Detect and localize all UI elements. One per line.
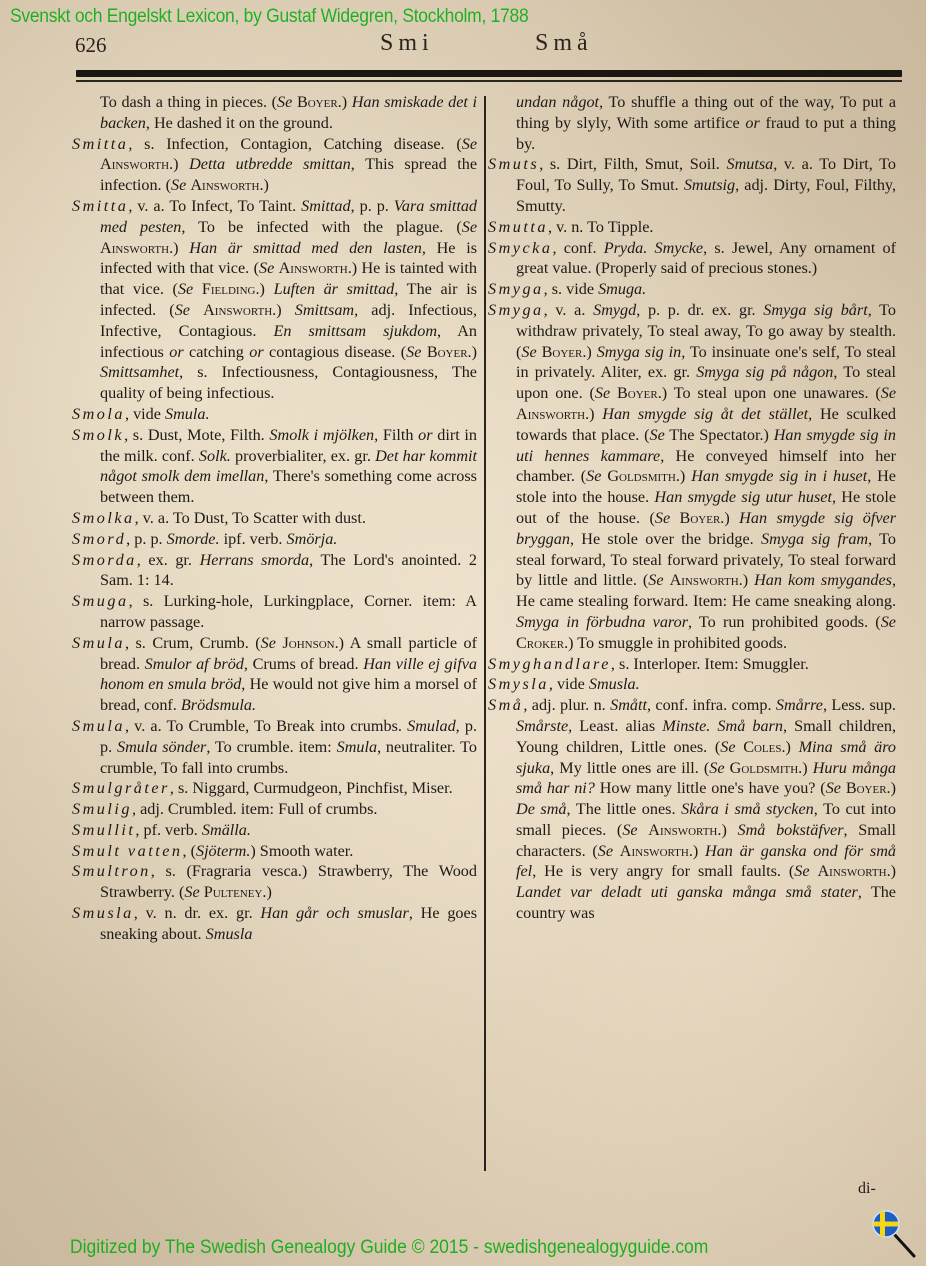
entry-text: Pulteney. [204, 883, 267, 901]
entry-text: , He is very angry for small faults. ( [532, 862, 794, 880]
entry-text: Smula [337, 738, 377, 756]
entry-text: How many little one's have you? ( [595, 779, 826, 797]
dictionary-entry: Smyghandlare, s. Interloper. Item: Smugg… [488, 654, 896, 675]
dictionary-entry: Smysla, vide Smusla. [488, 674, 896, 695]
headword: Smyghandlare [488, 655, 611, 673]
entry-text: , s. Dirt, Filth, Smut, Soil. [539, 155, 726, 173]
entry-text: , s. (Fragraria vesca.) Strawberry, The … [100, 862, 477, 901]
swedish-flag-magnifier-icon[interactable] [872, 1210, 920, 1260]
entry-text: ) To smuggle in prohibited goods. [568, 634, 787, 652]
entry-text: or [169, 343, 183, 361]
entry-text: , To run prohibited goods. ( [688, 613, 881, 631]
entry-text: Smulad [407, 717, 456, 735]
entry-text: ) [786, 738, 799, 756]
entry-text: ) [342, 93, 352, 111]
headword: Smord [72, 530, 126, 548]
entry-text: , Crums of bread. [244, 655, 363, 673]
entry-text: ) [802, 759, 812, 777]
entry-text: ipf. verb. [220, 530, 287, 548]
entry-text: Se [261, 634, 276, 652]
entry-text: Se [881, 384, 896, 402]
headword: Smutta [488, 218, 548, 236]
entry-text: Ainsworth. [620, 842, 693, 860]
entry-text: Skåra i små stycken [681, 800, 814, 818]
entry-text: Se [595, 384, 610, 402]
entry-text: Smulor af bröd [145, 655, 244, 673]
entry-text: , pf. verb. [135, 821, 202, 839]
entry-text: Se [586, 467, 601, 485]
headword: Smulig [72, 800, 132, 818]
entry-text: , s. Niggard, Curmudgeon, Pinchfist, Mis… [170, 779, 453, 797]
entry-text: Se [650, 426, 665, 444]
entry-text: , s. Infection, Contagion, Catching dise… [128, 135, 461, 153]
entry-text: Smygd [593, 301, 636, 319]
entry-text: , adj. Crumbled. item: Full of crumbs. [132, 800, 377, 818]
running-head-right: Små [535, 30, 593, 57]
dictionary-entry: Smord, p. p. Smorde. ipf. verb. Smörja. [72, 529, 477, 550]
entry-text: Ainsworth. [516, 405, 589, 423]
headword: Smysla [488, 675, 549, 693]
entry-text: Se [655, 509, 670, 527]
entry-continuation: undan något, To shuffle a thing out of t… [488, 92, 896, 154]
entry-text: , To crumble. item: [206, 738, 336, 756]
entry-text: Ainsworth. [190, 176, 263, 194]
entry-text: Se [794, 862, 809, 880]
entry-text: ) [260, 280, 274, 298]
headword: Smulgråter [72, 779, 170, 797]
dictionary-entry: Smula, s. Crum, Crumb. (Se Johnson.) A s… [72, 633, 477, 716]
entry-text: En smittsam sjukdom [273, 322, 437, 340]
entry-text: Smusla. [589, 675, 640, 693]
entry-text: ) [680, 467, 691, 485]
entry-text: , s. Crum, Crumb. ( [125, 634, 261, 652]
entry-text: catching [184, 343, 250, 361]
entry-continuation: To dash a thing in pieces. (Se Boyer.) H… [72, 92, 477, 134]
entry-text: , v. a. To Infect, To Taint. [128, 197, 301, 215]
entry-text: , vide [549, 675, 589, 693]
headword: Smitta [72, 197, 128, 215]
entry-text: Se [259, 259, 274, 277]
entry-text: ) [264, 176, 269, 194]
site-title: Svenskt och Engelskt Lexicon, by Gustaf … [10, 6, 528, 28]
entry-text: Han smygde sig in i huset [691, 467, 867, 485]
entry-text: Se [709, 759, 724, 777]
entry-text: ) [724, 509, 739, 527]
entry-text: ) [693, 842, 705, 860]
entry-text: , p. p. dr. ex. gr. [636, 301, 763, 319]
entry-text: Han kom smygandes [754, 571, 892, 589]
entry-text: ) [891, 862, 896, 880]
entry-text: ) [173, 155, 189, 173]
dictionary-entry: Smorda, ex. gr. Herrans smorda, The Lord… [72, 550, 477, 592]
entry-text: Se [277, 93, 292, 111]
entry-text: Smyga in förbudna varor [516, 613, 688, 631]
headword: Smolka [72, 509, 135, 527]
dictionary-entry: Smycka, conf. Pryda. Smycke, s. Jewel, A… [488, 238, 896, 280]
entry-text: , The little ones. [567, 800, 682, 818]
entry-text: ) [743, 571, 754, 589]
entry-text: Se [826, 779, 841, 797]
entry-text: Se [171, 176, 186, 194]
entry-text: Ainsworth. [100, 155, 173, 173]
headword: Smolk [72, 426, 124, 444]
entry-text: Smittsamhet [100, 363, 179, 381]
entry-text [638, 821, 649, 839]
entry-text: , s. vide [544, 280, 598, 298]
entry-text: Brödsmula. [181, 696, 256, 714]
entry-text: , Less. sup. [823, 696, 896, 714]
entry-text [670, 509, 679, 527]
dictionary-entry: Smulgråter, s. Niggard, Curmudgeon, Pinc… [72, 778, 477, 799]
dictionary-entry: Smuga, s. Lurking-hole, Lurkingplace, Co… [72, 591, 477, 633]
entry-text: ) To steal upon one unawares. ( [662, 384, 881, 402]
entry-text: Han smygde sig utur huset [654, 488, 832, 506]
entry-text: , Least. alias [568, 717, 662, 735]
entry-text: or [418, 426, 432, 444]
page-number: 626 [75, 33, 107, 58]
catchword: di- [858, 1180, 876, 1198]
entry-text: Boyer. [297, 93, 342, 111]
headword: Smola [72, 405, 125, 423]
entry-text: Smyga sig på någon [696, 363, 833, 381]
entry-text: Smorde. [167, 530, 220, 548]
dictionary-entry: Smula, v. a. To Crumble, To Break into c… [72, 716, 477, 778]
entry-text: or [745, 114, 759, 132]
entry-text: contagious disease. ( [264, 343, 406, 361]
entry-text: , ex. gr. [137, 551, 200, 569]
headword: Smula [72, 717, 125, 735]
entry-text: Smittsam [295, 301, 354, 319]
entry-text: Smula. [165, 405, 210, 423]
entry-text: , s. Dust, Mote, Filth. [124, 426, 269, 444]
entry-text: Ainsworth. [100, 239, 173, 257]
entry-text: Goldsmith. [607, 467, 680, 485]
entry-text: undan något [516, 93, 599, 111]
entry-text: , ( [182, 842, 195, 860]
entry-text: Detta utbredde smittan [189, 155, 351, 173]
entry-text: Han smygde sig åt det stället [602, 405, 808, 423]
column-divider [484, 96, 486, 1171]
entry-text: Se [462, 135, 477, 153]
entry-text: Han går och smuslar [260, 904, 408, 922]
entry-text: Se [178, 280, 193, 298]
entry-text: , p. p. [126, 530, 166, 548]
entry-text: Smutsa [726, 155, 773, 173]
entry-text: ) [586, 343, 596, 361]
entry-text: Smårre [776, 696, 823, 714]
entry-text: Ainsworth. [817, 862, 890, 880]
entry-text: Smyga sig fram [761, 530, 868, 548]
entry-text: Fielding. [202, 280, 260, 298]
entry-text: , v. a. To Crumble, To Break into crumbs… [125, 717, 407, 735]
entry-text: , conf. infra. comp. [647, 696, 776, 714]
entry-text: , To be infected with the plague. ( [181, 218, 461, 236]
entry-text: Se [175, 301, 190, 319]
entry-text: , s. Lurking-hole, Lurkingplace, Corner.… [100, 592, 477, 631]
headword: Smitta [72, 135, 128, 153]
dictionary-entry: Smult vatten, (Sjöterm.) Smooth water. [72, 841, 477, 862]
entry-text: ) Smooth water. [250, 842, 353, 860]
entry-text: Han är smittad med den lasten [189, 239, 422, 257]
entry-text: Ainsworth. [648, 821, 721, 839]
running-head-left: Smi [380, 30, 434, 57]
dictionary-entry: Smuts, s. Dirt, Filth, Smut, Soil. Smuts… [488, 154, 896, 216]
entry-text: The Spectator.) [665, 426, 774, 444]
entry-text: , p. p. [351, 197, 394, 215]
dictionary-entry: Smutta, v. n. To Tipple. [488, 217, 896, 238]
entry-text: Minste. [662, 717, 710, 735]
headword: Smult vatten [72, 842, 182, 860]
entry-text: Se [462, 218, 477, 236]
entry-text: Smårste [516, 717, 568, 735]
entry-text: ) [472, 343, 477, 361]
entry-text: , Filth [374, 426, 418, 444]
footer-credit: Digitized by The Swedish Genealogy Guide… [70, 1237, 708, 1259]
entry-text: Boyer. [617, 384, 662, 402]
entry-text: Smälla. [202, 821, 251, 839]
headword: Smyga [488, 280, 544, 298]
entry-text: Se [881, 613, 896, 631]
entry-text: Smusla [206, 925, 253, 943]
entry-text: Se [648, 571, 663, 589]
dictionary-entry: Smolk, s. Dust, Mote, Filth. Smolk i mjö… [72, 425, 477, 508]
entry-text: Se [720, 738, 735, 756]
entry-text: Smula sönder [117, 738, 206, 756]
headword: Smula [72, 634, 125, 652]
headword: Smuts [488, 155, 539, 173]
entry-text: Landet var deladt uti ganska många små s… [516, 883, 858, 901]
entry-text: Boyer. [427, 343, 472, 361]
left-column: To dash a thing in pieces. (Se Boyer.) H… [72, 92, 477, 945]
right-column: undan något, To shuffle a thing out of t… [488, 92, 896, 924]
entry-text [190, 301, 203, 319]
entry-text: Smittad [301, 197, 350, 215]
entry-text: Smått [610, 696, 647, 714]
entry-text [613, 842, 620, 860]
dictionary-entry: Smusla, v. n. dr. ex. gr. Han går och sm… [72, 903, 477, 945]
headword: Smuga [72, 592, 129, 610]
entry-text: Boyer. [846, 779, 891, 797]
headword: Smycka [488, 239, 552, 257]
entry-text [193, 280, 202, 298]
entry-text: Smolk i mjölken [269, 426, 374, 444]
entry-text: , vide [125, 405, 165, 423]
entry-text: ) [891, 779, 896, 797]
entry-text: , conf. [552, 239, 603, 257]
dictionary-entry: Smultron, s. (Fragraria vesca.) Strawber… [72, 861, 477, 903]
entry-text: Se [184, 883, 199, 901]
entry-text: , v. n. dr. ex. gr. [134, 904, 261, 922]
entry-text [610, 384, 617, 402]
entry-text: , He dashed it on the ground. [146, 114, 333, 132]
entry-text: Se [406, 343, 421, 361]
entry-text: Johnson. [282, 634, 338, 652]
entry-text: Smuga. [598, 280, 646, 298]
headword: Smorda [72, 551, 137, 569]
headword: Små [488, 696, 523, 714]
entry-text: , He stole over the bridge. [570, 530, 761, 548]
headword: Smyga [488, 301, 544, 319]
dictionary-entry: Smyga, s. vide Smuga. [488, 279, 896, 300]
entry-text: Små barn [717, 717, 783, 735]
entry-text: Goldsmith. [730, 759, 803, 777]
dictionary-entry: Smulig, adj. Crumbled. item: Full of cru… [72, 799, 477, 820]
entry-text: ) [721, 821, 737, 839]
entry-text: Se [622, 821, 637, 839]
entry-text: , My little ones are ill. ( [550, 759, 709, 777]
headword: Smullit [72, 821, 135, 839]
entry-text: Coles. [743, 738, 785, 756]
dictionary-entry: Små, adj. plur. n. Smått, conf. infra. c… [488, 695, 896, 924]
headword: Smusla [72, 904, 134, 922]
dictionary-entry: Smullit, pf. verb. Smälla. [72, 820, 477, 841]
entry-text: ) [173, 239, 189, 257]
entry-text: Ainsworth. [670, 571, 743, 589]
header-rule-thick [76, 70, 902, 77]
entry-text: De små [516, 800, 567, 818]
entry-text: Boyer. [542, 343, 587, 361]
entry-text: Se [521, 343, 536, 361]
dictionary-entry: Smitta, s. Infection, Contagion, Catchin… [72, 134, 477, 196]
entry-text: Croker. [516, 634, 568, 652]
dictionary-entry: Smitta, v. a. To Infect, To Taint. Smitt… [72, 196, 477, 404]
dictionary-entry: Smyga, v. a. Smygd, p. p. dr. ex. gr. Sm… [488, 300, 896, 654]
entry-text: Luften är smittad [274, 280, 395, 298]
entry-text: proverbialiter, ex. gr. [231, 447, 375, 465]
entry-text: , v. n. To Tipple. [548, 218, 653, 236]
entry-text: Herrans smorda [200, 551, 310, 569]
headword: Smultron [72, 862, 151, 880]
entry-text: Solk. [199, 447, 231, 465]
entry-text: , adj. plur. n. [523, 696, 610, 714]
entry-text: , v. a. [544, 301, 593, 319]
entry-text: Ainsworth. [203, 301, 276, 319]
entry-text: , s. Interloper. Item: Smuggler. [611, 655, 809, 673]
entry-text: , v. a. To Dust, To Scatter with dust. [135, 509, 366, 527]
entry-text [647, 239, 654, 257]
entry-text: Smyga sig bårt [763, 301, 867, 319]
entry-text: Ainsworth. [279, 259, 352, 277]
entry-text: Smycke [655, 239, 704, 257]
entry-text: ) [276, 301, 295, 319]
entry-text: Smutsig [684, 176, 735, 194]
entry-text: Sjöterm. [196, 842, 250, 860]
entry-text: Smörja. [287, 530, 338, 548]
entry-text: ) [266, 883, 271, 901]
entry-text: Små bokstäfver [738, 821, 844, 839]
dictionary-entry: Smola, vide Smula. [72, 404, 477, 425]
entry-text: ) [589, 405, 602, 423]
entry-text: or [249, 343, 263, 361]
header-rule-thin [76, 80, 902, 82]
entry-text: Pryda. [604, 239, 648, 257]
dictionary-entry: Smolka, v. a. To Dust, To Scatter with d… [72, 508, 477, 529]
entry-text: Boyer. [680, 509, 725, 527]
entry-text: To dash a thing in pieces. ( [100, 93, 277, 111]
entry-text: Smyga sig in [597, 343, 681, 361]
entry-text: Se [598, 842, 613, 860]
